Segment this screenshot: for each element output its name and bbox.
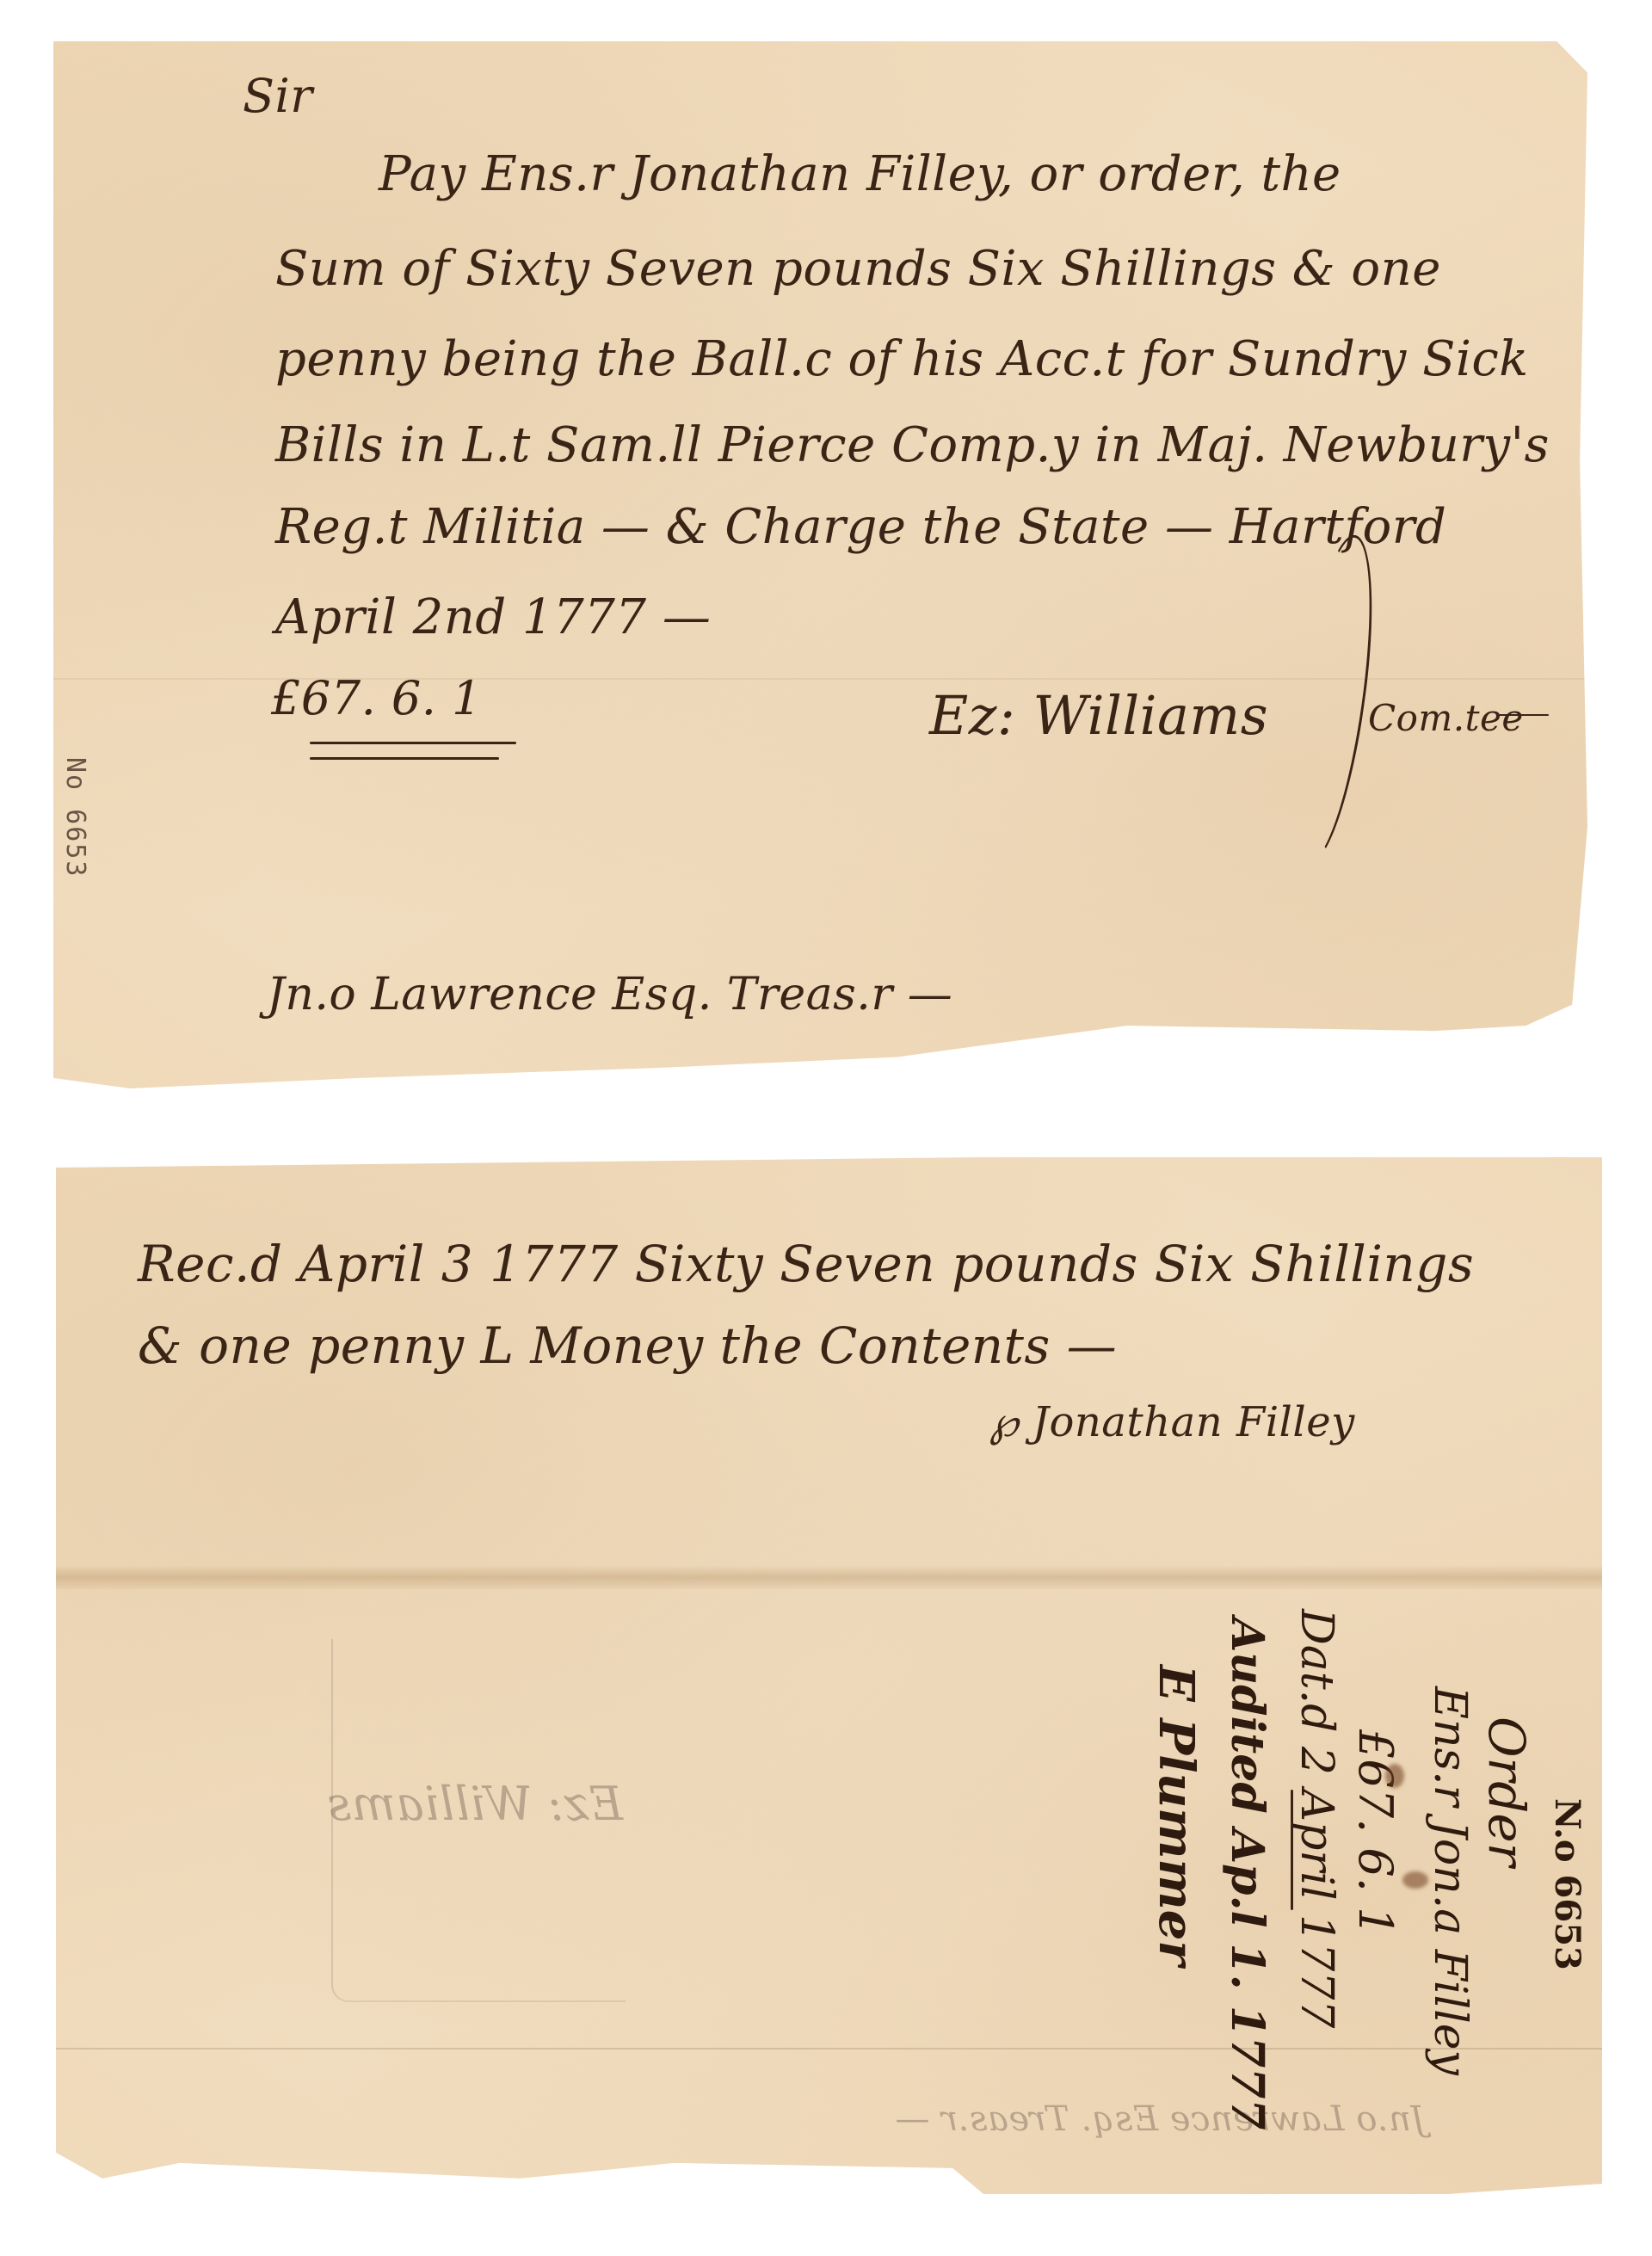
docket-line-order: Order	[1477, 1717, 1536, 1866]
docket-line-payee: Ens.r Jon.a Filley	[1424, 1686, 1476, 2075]
body-line-4: Bills in L.t Sam.ll Pierce Comp.y in Maj…	[275, 422, 1550, 470]
bleed-through-signature: Ez: Williams	[327, 1777, 623, 1831]
salutation: Sir	[243, 69, 313, 123]
ink-blot	[1402, 1871, 1428, 1889]
body-line-2: Sum of Sixty Seven pounds Six Shillings …	[275, 245, 1441, 293]
amount-underline-2	[310, 757, 499, 760]
body-line-3: penny being the Ball.c of his Acc.t for …	[275, 336, 1529, 384]
body-line-1: Pay Ens.r Jonathan Filley, or order, the	[379, 151, 1341, 199]
amount-underline-1	[310, 742, 516, 744]
docket-line-audited: Audited Ap.l 1. 1777	[1221, 1618, 1273, 2130]
paper-fold	[56, 1565, 1602, 1589]
docket-number: N.o 6653	[1547, 1798, 1587, 1970]
signature-title: Com.tee	[1368, 697, 1524, 739]
addressee: Jn.o Lawrence Esq. Treas.r —	[267, 972, 952, 1017]
paper-crease	[56, 2048, 1602, 2050]
docket-line-dated: Dat.d 2 April 1777	[1291, 1609, 1342, 2028]
receipt-line-1: Rec.d April 3 1777 Sixty Seven pounds Si…	[138, 1239, 1474, 1289]
receipt-line-2: & one penny L Money the Contents —	[138, 1321, 1117, 1371]
document-reverse	[56, 1157, 1602, 2194]
signature-dash	[1497, 714, 1549, 716]
bleed-through-addressee: Jn.o Lawrence Esq. Treas.r —	[895, 2099, 1425, 2139]
amount: £67. 6. 1	[271, 675, 482, 722]
margin-catalog-number: No 6653	[60, 757, 90, 878]
body-line-5: Reg.t Militia — & Charge the State — Har…	[275, 503, 1446, 552]
docket-line-auditor: E Plummer	[1148, 1665, 1205, 1966]
signature: Ez: Williams	[929, 684, 1268, 747]
docket-line-amount: £67. 6. 1	[1348, 1729, 1402, 1936]
receipt-signature: ℘ Jonathan Filley	[989, 1398, 1355, 1446]
ink-blot	[1385, 1764, 1404, 1788]
date-line: April 2nd 1777 —	[275, 594, 711, 642]
